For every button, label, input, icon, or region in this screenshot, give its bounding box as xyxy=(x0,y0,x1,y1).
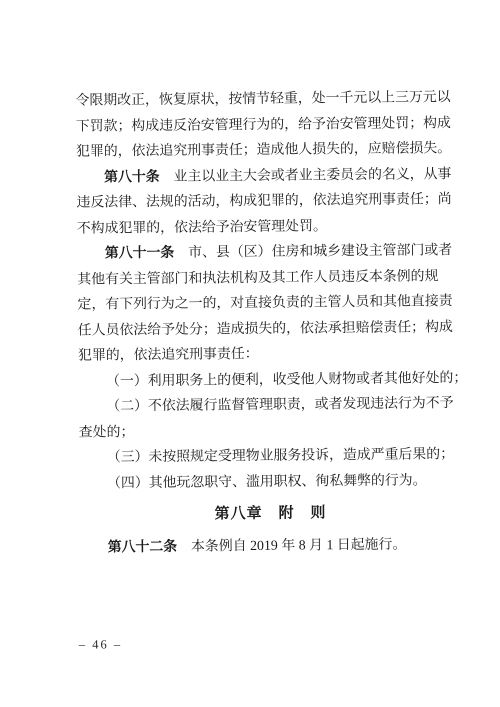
text-segment: 任人员依法给予处分；造成损失的，依法承担赔偿责任；构成 xyxy=(78,320,453,339)
text-segment: 不构成犯罪的，依法给予治安管理处罚。 xyxy=(77,219,327,236)
document-page: 令限期改正，恢复原状，按情节轻重，处一千元以上三万元以下罚款；构成违反治安管理行… xyxy=(0,0,500,707)
text-line: 定，有下列行为之一的，对直接负责的主管人员和其他直接责 xyxy=(77,289,459,318)
text-line: （二）不依法履行监督管理职责，或者发现违法行为不予 xyxy=(78,391,460,420)
text-line: 第八十一条 市、县（区）住房和城乡建设主管部门或者 xyxy=(77,238,459,267)
text-segment: （四）其他玩忽职守、滥用职权、徇私舞弊的行为。 xyxy=(107,473,427,491)
text-segment: 定，有下列行为之一的，对直接负责的主管人员和其他直接责 xyxy=(77,294,452,313)
text-segment: 令限期改正，恢复原状，按情节轻重，处一千元以上三万元以 xyxy=(75,90,450,109)
text-line: 其他有关主管部门和执法机构及其工作人员违反本条例的规 xyxy=(77,263,459,292)
text-segment: 下罚款；构成违反治安管理行为的，给予治安管理处罚；构成 xyxy=(76,116,451,135)
text-segment: （二）不依法履行监督管理职责，或者发现违法行为不予 xyxy=(106,396,453,414)
article-number: 第八章 附 则 xyxy=(214,505,326,522)
text-segment: （三）未按照规定受理物业服务投诉，造成严重后果的； xyxy=(107,447,454,465)
text-segment: 市、县（区）住房和城乡建设主管部门或者 xyxy=(174,243,452,261)
text-segment: 查处的； xyxy=(79,425,135,441)
article-number: 第八十条 xyxy=(104,169,160,185)
page-number: – 46 – xyxy=(79,637,122,652)
text-line: 任人员依法给予处分；造成损失的，依法承担赔偿责任；构成 xyxy=(78,314,460,343)
text-line: （四）其他玩忽职守、滥用职权、徇私舞弊的行为。 xyxy=(79,467,461,496)
text-segment: 违反法律、法规的活动，构成犯罪的，依法追究刑事责任；尚 xyxy=(76,192,451,211)
article-number: 第八十一条 xyxy=(105,246,175,262)
scanned-page-content: 令限期改正，恢复原状，按情节轻重，处一千元以上三万元以下罚款；构成违反治安管理行… xyxy=(0,0,500,707)
text-segment: 犯罪的，依法追究刑事责任： xyxy=(78,347,259,364)
text-segment: （一）利用职务上的便利，收受他人财物或者其他好处的； xyxy=(106,370,467,388)
text-line: 第八十二条 本条例自 2019 年 8 月 1 日起施行。 xyxy=(80,531,462,560)
text-line: 下罚款；构成违反治安管理行为的，给予治安管理处罚；构成 xyxy=(76,110,458,139)
text-line: 违反法律、法规的活动，构成犯罪的，依法追究刑事责任；尚 xyxy=(76,187,458,216)
text-line: 第八十条 业主以业主大会或者业主委员会的名义，从事 xyxy=(76,161,458,190)
text-line: 犯罪的，依法追究刑事责任；造成他人损失的，应赔偿损失。 xyxy=(76,136,458,165)
text-segment: 本条例自 2019 年 8 月 1 日起施行。 xyxy=(177,537,406,554)
text-line: 令限期改正，恢复原状，按情节轻重，处一千元以上三万元以 xyxy=(75,85,457,114)
article-number: 第八十二条 xyxy=(108,539,178,555)
text-line: （一）利用职务上的便利，收受他人财物或者其他好处的； xyxy=(78,365,460,394)
text-segment: 其他有关主管部门和执法机构及其工作人员违反本条例的规 xyxy=(77,269,438,287)
document-lines: 令限期改正，恢复原状，按情节轻重，处一千元以上三万元以下罚款；构成违反治安管理行… xyxy=(75,85,462,561)
text-line: （三）未按照规定受理物业服务投诉，造成严重后果的； xyxy=(79,442,461,471)
text-line: 犯罪的，依法追究刑事责任： xyxy=(78,340,460,369)
text-line: 查处的； xyxy=(79,416,461,445)
chapter-heading: 第八章 附 则 xyxy=(79,500,461,529)
text-line: 不构成犯罪的，依法给予治安管理处罚。 xyxy=(77,212,459,241)
text-segment: 业主以业主大会或者业主委员会的名义，从事 xyxy=(160,167,452,185)
text-segment: 犯罪的，依法追究刑事责任；造成他人损失的，应赔偿损失。 xyxy=(76,141,451,160)
